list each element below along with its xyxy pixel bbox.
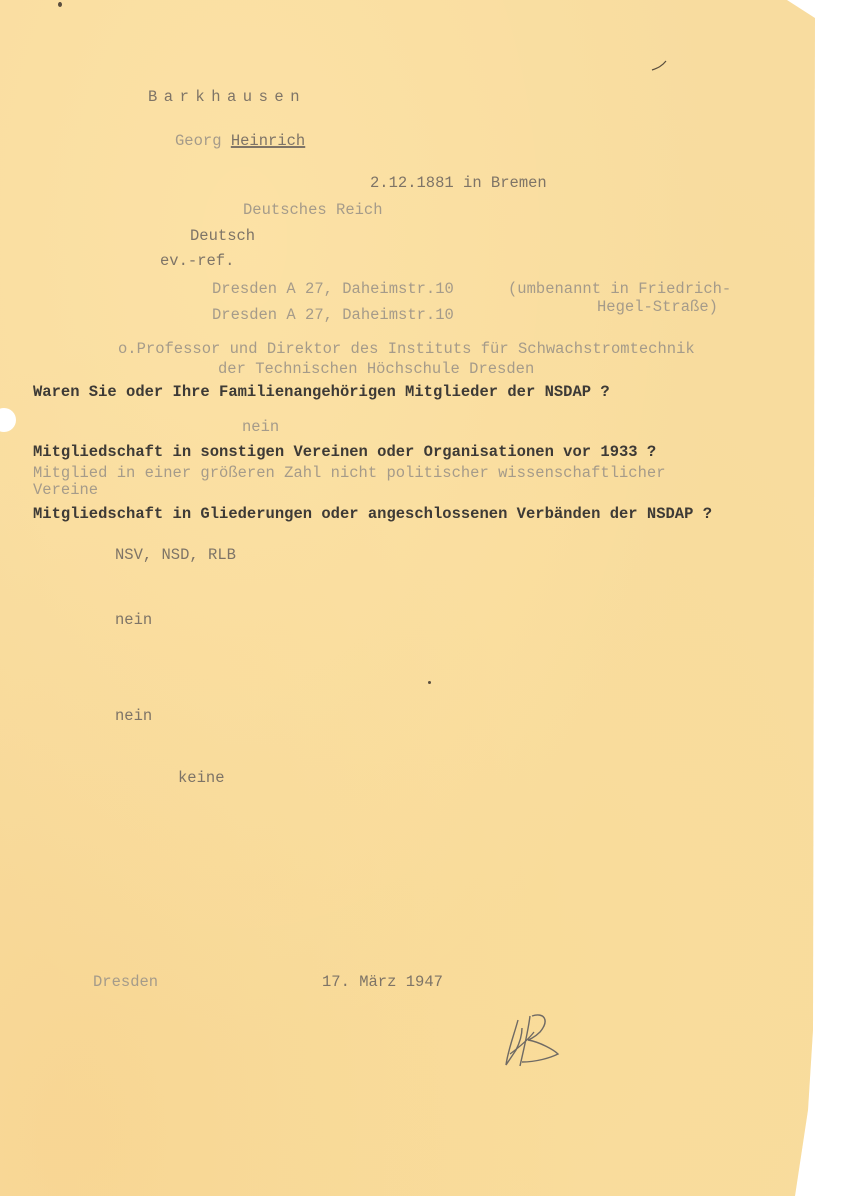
address-1: Dresden A 27, Daheimstr.10 xyxy=(212,280,454,298)
place: Dresden xyxy=(93,973,158,991)
punch-hole xyxy=(0,408,16,432)
religion: ev.-ref. xyxy=(160,252,234,270)
question-nsdap-affiliates: Mitgliedschaft in Gliederungen oder ange… xyxy=(33,505,712,523)
paper-sheet: Barkhausen Georg Heinrich 2.12.1881 in B… xyxy=(0,0,815,1196)
address-2: Dresden A 27, Daheimstr.10 xyxy=(212,306,454,324)
nationality: Deutsch xyxy=(190,227,255,245)
paper-speck xyxy=(428,681,431,684)
answer-5: nein xyxy=(115,707,152,725)
surname: Barkhausen xyxy=(148,88,306,106)
date: 17. März 1947 xyxy=(322,973,443,991)
given-name-underlined: Heinrich xyxy=(231,132,305,150)
answer-nsdap-affiliates: NSV, NSD, RLB xyxy=(115,546,236,564)
given-names: Georg Heinrich xyxy=(175,132,305,150)
answer-nsdap-membership: nein xyxy=(242,418,279,436)
answer-6: keine xyxy=(178,769,225,787)
question-other-organisations: Mitgliedschaft in sonstigen Vereinen ode… xyxy=(33,443,656,461)
question-nsdap-membership: Waren Sie oder Ihre Familienangehörigen … xyxy=(33,383,610,401)
occupation-line-1: o.Professor und Direktor des Instituts f… xyxy=(118,340,695,358)
document-page: Barkhausen Georg Heinrich 2.12.1881 in B… xyxy=(0,0,848,1200)
birth-date-place: 2.12.1881 in Bremen xyxy=(370,174,547,192)
answer-other-organisations-line-1: Mitglied in einer größeren Zahl nicht po… xyxy=(33,464,666,482)
answer-other-organisations-line-2: Vereine xyxy=(33,481,98,499)
signature-initials xyxy=(500,1010,570,1070)
given-name-first: Georg xyxy=(175,132,231,150)
occupation-line-2: der Technischen Höchschule Dresden xyxy=(218,360,534,378)
paper-mark xyxy=(650,60,670,72)
address-note-2: Hegel-Straße) xyxy=(597,298,718,316)
citizenship: Deutsches Reich xyxy=(243,201,383,219)
answer-4: nein xyxy=(115,611,152,629)
paper-speck xyxy=(58,2,62,7)
address-note-1: (umbenannt in Friedrich- xyxy=(508,280,731,298)
